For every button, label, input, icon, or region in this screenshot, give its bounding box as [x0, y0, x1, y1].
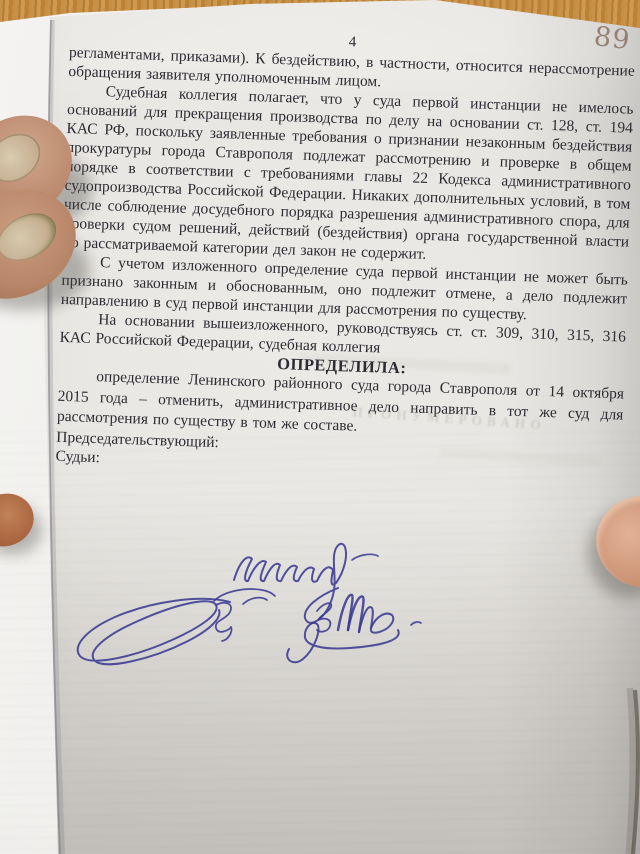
paragraph-court-opinion: Судебная коллегия полагает, что у суда п… — [62, 81, 633, 271]
document-text-block: 4 регламентами, приказами). К бездействи… — [55, 24, 635, 484]
photo-of-court-document: ПРОНУМЕРОВАНО 89 4 регламентами, приказа… — [0, 0, 640, 854]
